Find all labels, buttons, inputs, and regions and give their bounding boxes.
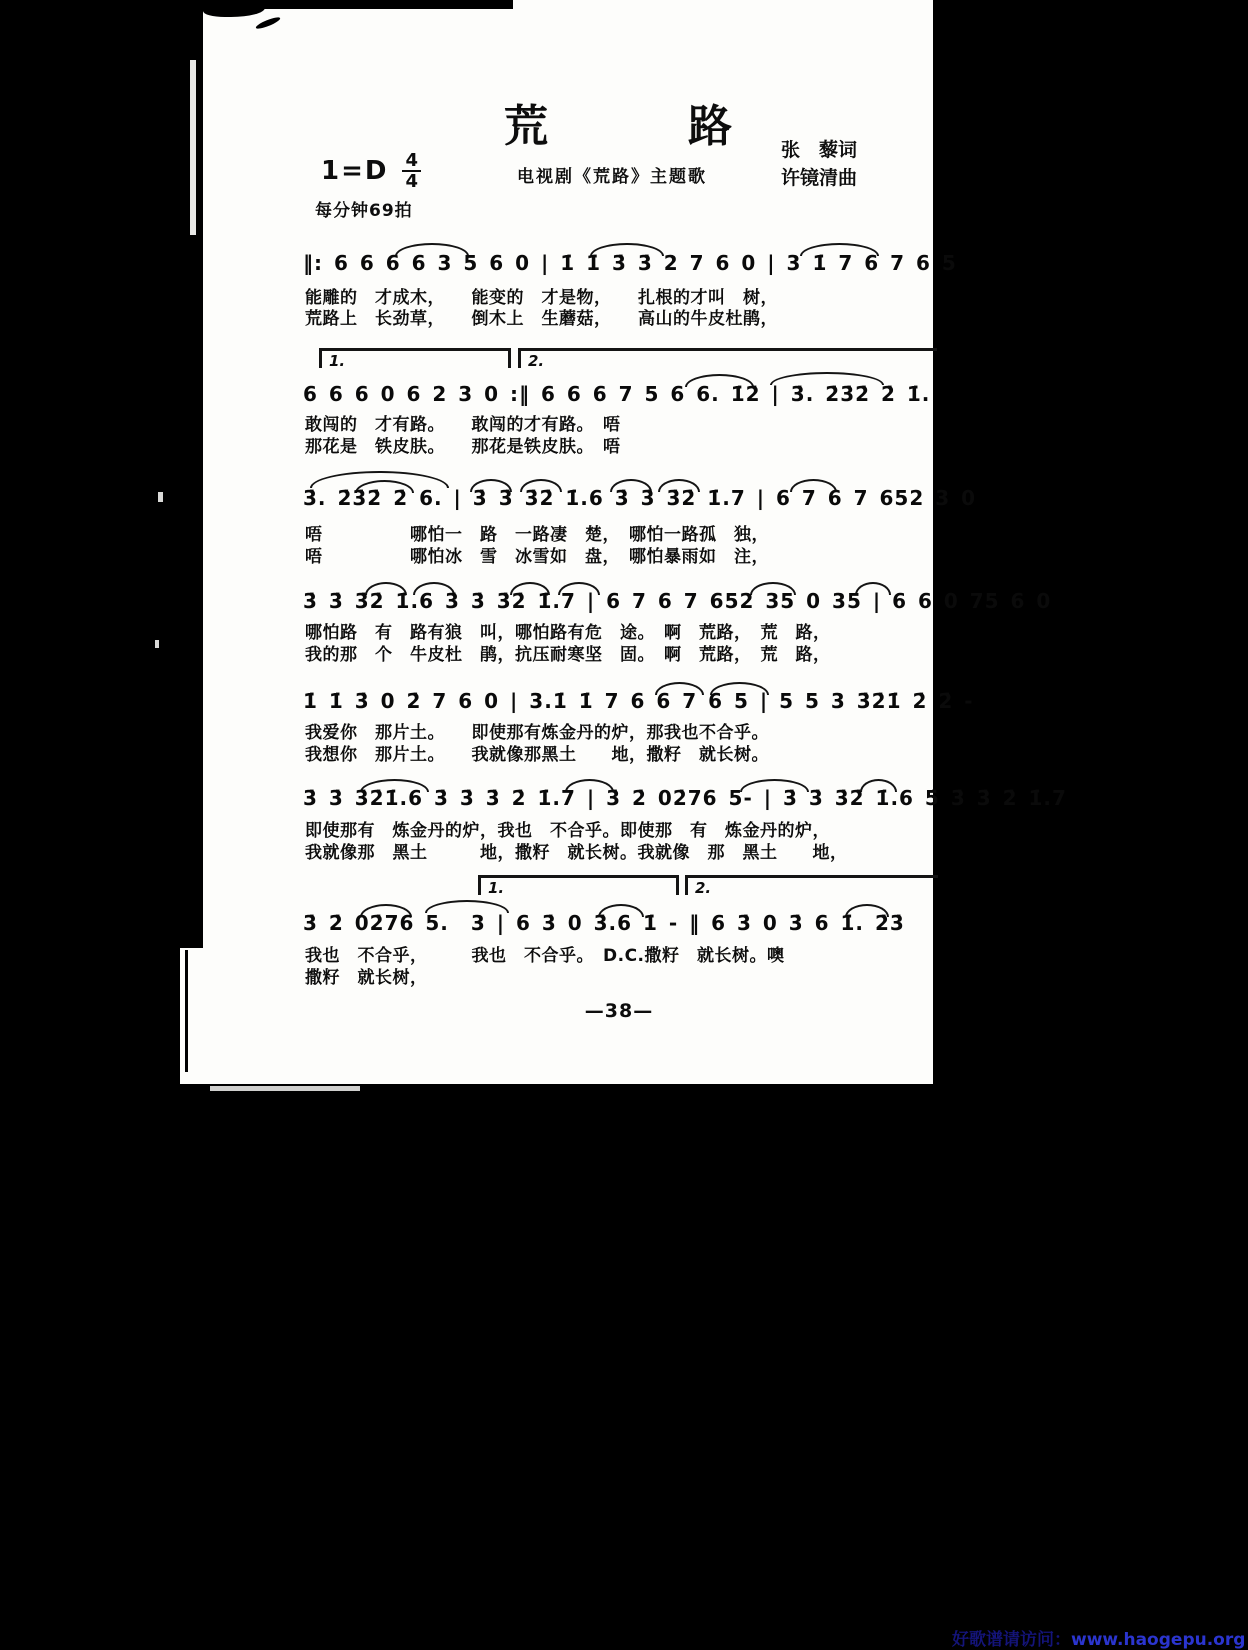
volta-bracket-1: 1.	[478, 875, 679, 895]
time-signature-numerator: 4	[402, 152, 421, 172]
sheet-music-page: 荒 路 1=D44 电视剧《荒路》主题歌 张 藜词许镜清曲 每分钟69拍 ‖: …	[203, 0, 933, 1084]
watermark-label: 好歌谱请访问：	[952, 1630, 1071, 1650]
volta-label-2: 2.	[521, 352, 544, 370]
lyric-line-1: 我爱你 那片土。 即使那有炼金丹的炉，那我也不合乎。	[305, 723, 957, 744]
music-system-1: ‖: 6 6 6 6 3 5 6 0 | 1̇ 1̇ 3̇ 3̇ 2 7 6 0…	[303, 248, 937, 338]
lyric-line-2: 荒路上 长劲草， 倒木上 生蘑菇， 高山的牛皮杜鹃，	[305, 309, 957, 330]
notation-line: 3̇ 2̇ 02̇76 5. 3 | 6 3̇ 0 3̇.6 1̇ - ‖ 6 …	[303, 908, 957, 938]
credits: 张 藜词许镜清曲	[781, 136, 931, 192]
music-system-2: 1. 2. 6 6 6 0 6 2 3 0 :‖ 6 6 6 7 5 6 6. …	[303, 348, 937, 460]
music-system-7: 1. 2. 3̇ 2̇ 02̇76 5. 3 | 6 3̇ 0 3̇.6 1̇ …	[303, 875, 937, 995]
volta-bracket-2: 2.	[518, 348, 937, 368]
scan-artifact-speck	[158, 492, 163, 502]
volta-label-1: 1.	[481, 879, 504, 897]
notation-line: 1̇ 1̇ 3̇ 0 2̇ 7 6 0 | 3.1̇ 1̇ 7 6 6 7 6 …	[303, 686, 957, 716]
lyricist: 张 藜词	[781, 139, 857, 161]
lyric-line-1: 唔 哪怕一 路 一路凄 楚， 哪怕一路孤 独，	[305, 525, 957, 546]
scanned-sheet-background: { "header": { "title": "荒\u3000\u3000\u3…	[0, 0, 1248, 1650]
music-system-4: 3̇ 3̇ 3̇2̇ 1̇.6 3̇ 3̇ 3̇2̇ 1̇.7 | 6 7 6 …	[303, 586, 937, 676]
lyric-line-2: 唔 哪怕冰 雪 冰雪如 盘， 哪怕暴雨如 注，	[305, 547, 957, 568]
notation-line: 3̇. 2̇3̇2̇ 2̇ 6. | 3̇ 3̇ 3̇2̇ 1̇.6 3̇ 3̇…	[303, 483, 957, 513]
volta-bracket-1: 1.	[319, 348, 511, 368]
time-signature: 44	[402, 152, 421, 190]
lyric-line-2: 撒籽 就长树，	[305, 968, 957, 989]
lyric-line-2: 我想你 那片土。 我就像那黑土 地，撒籽 就长树。	[305, 745, 957, 766]
volta-label-2: 2.	[688, 879, 711, 897]
scan-artifact-left-sliver	[190, 60, 196, 235]
lyric-line-1: 哪怕路 有 路有狼 叫，哪怕路有危 途。 啊 荒路， 荒 路，	[305, 623, 957, 644]
lyric-line-2: 我就像那 黑土 地，撒籽 就长树。我就像 那 黑土 地，	[305, 843, 957, 864]
notation-line: 3̇ 3̇ 3̇2̇1̇.6 3̇ 3̇ 3̇ 2̇ 1̇.7 | 3̇ 2̇ …	[303, 783, 957, 813]
music-system-6: 3̇ 3̇ 3̇2̇1̇.6 3̇ 3̇ 3̇ 2̇ 1̇.7 | 3̇ 2̇ …	[303, 783, 937, 873]
song-subtitle: 电视剧《荒路》主题歌	[517, 162, 707, 187]
notation-line: 6 6 6 0 6 2 3 0 :‖ 6 6 6 7 5 6 6. 1̇2̇ |…	[303, 379, 957, 409]
music-system-5: 1̇ 1̇ 3̇ 0 2̇ 7 6 0 | 3.1̇ 1̇ 7 6 6 7 6 …	[303, 686, 937, 776]
scan-artifact-bottom-streak	[185, 950, 188, 1072]
key-time-signature: 1=D44	[321, 152, 421, 190]
time-signature-denominator: 4	[402, 172, 421, 190]
scan-artifact-bottom-sliver	[210, 1086, 360, 1091]
music-system-3: 3̇. 2̇3̇2̇ 2̇ 6. | 3̇ 3̇ 3̇2̇ 1̇.6 3̇ 3̇…	[303, 483, 937, 573]
watermark-url-link[interactable]: www.haogepu.org	[1071, 1630, 1245, 1650]
composer: 许镜清曲	[781, 167, 857, 189]
lyric-line-1: 我也 不合乎， 我也 不合乎。 D.C.撒籽 就长树。噢	[305, 946, 957, 967]
volta-label-1: 1.	[322, 352, 345, 370]
page-number: —38—	[303, 1000, 935, 1022]
volta-bracket-2: 2.	[685, 875, 938, 895]
lyric-line-1: 敢闯的 才有路。 敢闯的才有路。 唔	[305, 415, 957, 436]
notation-line: ‖: 6 6 6 6 3 5 6 0 | 1̇ 1̇ 3̇ 3̇ 2 7 6 0…	[303, 248, 957, 278]
lyric-line-2: 我的那 个 牛皮杜 鹃，抗压耐寒坚 固。 啊 荒路， 荒 路，	[305, 645, 957, 666]
notation-line: 3̇ 3̇ 3̇2̇ 1̇.6 3̇ 3̇ 3̇2̇ 1̇.7 | 6 7 6 …	[303, 586, 957, 616]
lyric-line-2: 那花是 铁皮肤。 那花是铁皮肤。 唔	[305, 437, 957, 458]
scan-artifact-bottom-left-edge	[180, 948, 205, 1084]
lyric-line-1: 能雕的 才成木， 能变的 才是物， 扎根的才叫 树，	[305, 288, 957, 309]
scan-artifact-speck	[155, 640, 159, 648]
key-signature: 1=D	[321, 156, 388, 186]
lyric-line-1: 即使那有 炼金丹的炉，我也 不合乎。即使那 有 炼金丹的炉，	[305, 821, 957, 842]
tempo-marking: 每分钟69拍	[315, 196, 413, 221]
watermark: 好歌谱请访问：www.haogepu.org	[952, 1625, 1245, 1650]
